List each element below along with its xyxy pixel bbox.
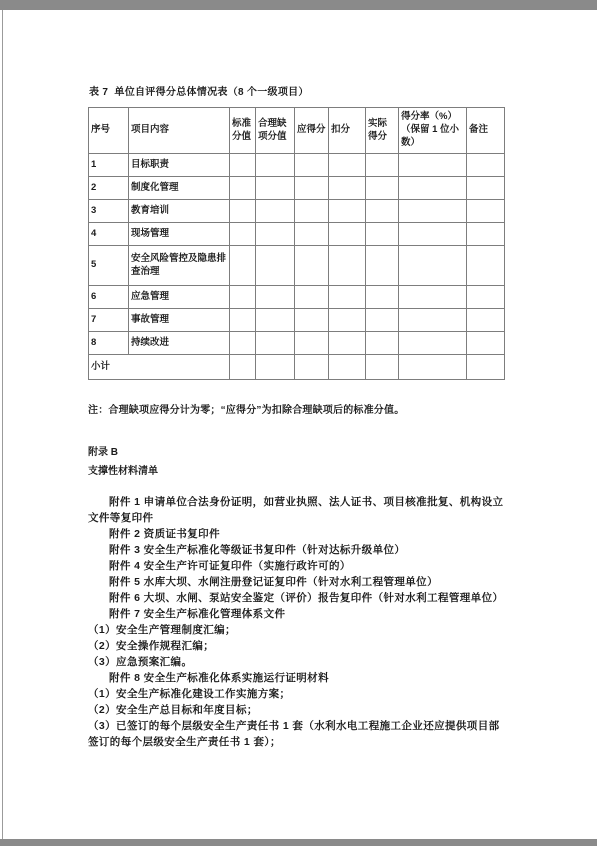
viewer-background-bottom: [0, 839, 597, 846]
page-content: 表 7 单位自评得分总体情况表（8 个一级项目） 序号 项目内容 标准分值 合理…: [88, 86, 508, 750]
empty-score-cell: [295, 332, 329, 355]
table-header-row: 序号 项目内容 标准分值 合理缺项分值 应得分 扣分 实际得分 得分率（%） （…: [89, 108, 505, 154]
empty-score-cell: [295, 246, 329, 286]
empty-score-cell: [256, 154, 295, 177]
empty-score-cell: [329, 200, 366, 223]
empty-score-cell: [256, 246, 295, 286]
table-row: 1 目标职责: [89, 154, 505, 177]
empty-score-cell: [295, 355, 329, 380]
empty-score-cell: [230, 286, 256, 309]
empty-score-cell: [399, 355, 467, 380]
row-item-cell: 持续改进: [129, 332, 230, 355]
row-number-cell: 5: [89, 246, 129, 286]
table-row: 7 事故管理: [89, 309, 505, 332]
row-item-cell: 制度化管理: [129, 177, 230, 200]
viewer-background-top: [0, 0, 597, 10]
table-note: 注：合理缺项应得分计为零；“应得分”为扣除合理缺项后的标准分值。: [88, 404, 508, 418]
row-number-cell: 1: [89, 154, 129, 177]
attachment-item: 附件 7 安全生产标准化管理体系文件: [88, 606, 508, 622]
empty-score-cell: [399, 154, 467, 177]
attachment-item: 附件 1 申请单位合法身份证明，如营业执照、法人证书、项目核准批复、机构设立文件…: [88, 494, 508, 526]
empty-score-cell: [467, 177, 505, 200]
empty-score-cell: [399, 309, 467, 332]
table-row: 8 持续改进: [89, 332, 505, 355]
header-cell-standard-score: 标准分值: [230, 108, 256, 154]
empty-score-cell: [399, 246, 467, 286]
empty-score-cell: [230, 223, 256, 246]
empty-score-cell: [256, 286, 295, 309]
empty-score-cell: [295, 177, 329, 200]
empty-score-cell: [399, 332, 467, 355]
empty-score-cell: [399, 200, 467, 223]
attachment-item: （3）应急预案汇编。: [88, 654, 508, 670]
empty-score-cell: [366, 223, 399, 246]
empty-score-cell: [230, 355, 256, 380]
empty-score-cell: [467, 200, 505, 223]
row-number-cell: 6: [89, 286, 129, 309]
header-cell-remarks: 备注: [467, 108, 505, 154]
subtotal-label-cell: 小计: [89, 355, 230, 380]
attachment-item: 附件 8 安全生产标准化体系实施运行证明材料: [88, 670, 508, 686]
attachment-item: 附件 2 资质证书复印件: [88, 526, 508, 542]
row-item-cell: 应急管理: [129, 286, 230, 309]
table-row: 2 制度化管理: [89, 177, 505, 200]
appendix-title: 附录 B: [88, 446, 508, 460]
empty-score-cell: [329, 246, 366, 286]
header-cell-score-rate: 得分率（%） （保留 1 位小数）: [399, 108, 467, 154]
empty-score-cell: [329, 286, 366, 309]
attachment-item: 附件 6 大坝、水闸、泵站安全鉴定（评价）报告复印件（针对水利工程管理单位）: [88, 590, 508, 606]
empty-score-cell: [329, 223, 366, 246]
empty-score-cell: [329, 177, 366, 200]
attachment-item: 附件 3 安全生产标准化等级证书复印件（针对达标升级单位）: [88, 542, 508, 558]
row-item-cell: 事故管理: [129, 309, 230, 332]
attachment-item: （1）安全生产标准化建设工作实施方案；: [88, 686, 508, 702]
empty-score-cell: [256, 200, 295, 223]
subtotal-row: 小计: [89, 355, 505, 380]
empty-score-cell: [256, 309, 295, 332]
score-summary-table: 序号 项目内容 标准分值 合理缺项分值 应得分 扣分 实际得分 得分率（%） （…: [88, 107, 505, 380]
row-item-cell: 教育培训: [129, 200, 230, 223]
row-number-cell: 7: [89, 309, 129, 332]
row-number-cell: 4: [89, 223, 129, 246]
attachment-item: （2）安全操作规程汇编；: [88, 638, 508, 654]
empty-score-cell: [230, 309, 256, 332]
empty-score-cell: [366, 286, 399, 309]
empty-score-cell: [366, 309, 399, 332]
attachment-item: 附件 4 安全生产许可证复印件（实施行政许可的）: [88, 558, 508, 574]
empty-score-cell: [295, 200, 329, 223]
empty-score-cell: [366, 246, 399, 286]
empty-score-cell: [366, 332, 399, 355]
empty-score-cell: [467, 154, 505, 177]
header-cell-due-score: 应得分: [295, 108, 329, 154]
empty-score-cell: [467, 223, 505, 246]
empty-score-cell: [366, 355, 399, 380]
empty-score-cell: [230, 154, 256, 177]
attachment-item: 附件 5 水库大坝、水闸注册登记证复印件（针对水利工程管理单位）: [88, 574, 508, 590]
row-item-cell: 现场管理: [129, 223, 230, 246]
empty-score-cell: [295, 286, 329, 309]
empty-score-cell: [256, 355, 295, 380]
empty-score-cell: [329, 154, 366, 177]
empty-score-cell: [256, 177, 295, 200]
empty-score-cell: [230, 177, 256, 200]
empty-score-cell: [295, 309, 329, 332]
table-row: 5 安全风险管控及隐患排查治理: [89, 246, 505, 286]
header-cell-missing-score: 合理缺项分值: [256, 108, 295, 154]
table-row: 3 教育培训: [89, 200, 505, 223]
empty-score-cell: [467, 286, 505, 309]
row-number-cell: 3: [89, 200, 129, 223]
empty-score-cell: [230, 332, 256, 355]
empty-score-cell: [256, 332, 295, 355]
empty-score-cell: [329, 309, 366, 332]
attachment-item: （1）安全生产管理制度汇编；: [88, 622, 508, 638]
empty-score-cell: [295, 154, 329, 177]
empty-score-cell: [366, 154, 399, 177]
row-number-cell: 8: [89, 332, 129, 355]
document-page: 表 7 单位自评得分总体情况表（8 个一级项目） 序号 项目内容 标准分值 合理…: [0, 0, 597, 846]
empty-score-cell: [467, 355, 505, 380]
empty-score-cell: [366, 200, 399, 223]
header-cell-item: 项目内容: [129, 108, 230, 154]
empty-score-cell: [230, 200, 256, 223]
empty-score-cell: [329, 332, 366, 355]
row-item-cell: 目标职责: [129, 154, 230, 177]
empty-score-cell: [467, 332, 505, 355]
empty-score-cell: [467, 246, 505, 286]
page-edge-line: [2, 10, 3, 839]
header-cell-deduction: 扣分: [329, 108, 366, 154]
table-row: 6 应急管理: [89, 286, 505, 309]
header-cell-no: 序号: [89, 108, 129, 154]
row-item-cell: 安全风险管控及隐患排查治理: [129, 246, 230, 286]
empty-score-cell: [295, 223, 329, 246]
appendix-subtitle: 支撑性材料清单: [88, 465, 508, 479]
header-cell-actual-score: 实际得分: [366, 108, 399, 154]
row-number-cell: 2: [89, 177, 129, 200]
empty-score-cell: [399, 177, 467, 200]
empty-score-cell: [467, 309, 505, 332]
attachment-item: （2）安全生产总目标和年度目标；: [88, 702, 508, 718]
empty-score-cell: [329, 355, 366, 380]
empty-score-cell: [256, 223, 295, 246]
attachment-item: （3）已签订的每个层级安全生产责任书 1 套（水利水电工程施工企业还应提供项目部…: [88, 718, 508, 750]
empty-score-cell: [399, 223, 467, 246]
table-caption: 表 7 单位自评得分总体情况表（8 个一级项目）: [89, 86, 508, 99]
table-row: 4 现场管理: [89, 223, 505, 246]
empty-score-cell: [230, 246, 256, 286]
empty-score-cell: [366, 177, 399, 200]
attachment-list: 附件 1 申请单位合法身份证明，如营业执照、法人证书、项目核准批复、机构设立文件…: [88, 494, 508, 750]
empty-score-cell: [399, 286, 467, 309]
